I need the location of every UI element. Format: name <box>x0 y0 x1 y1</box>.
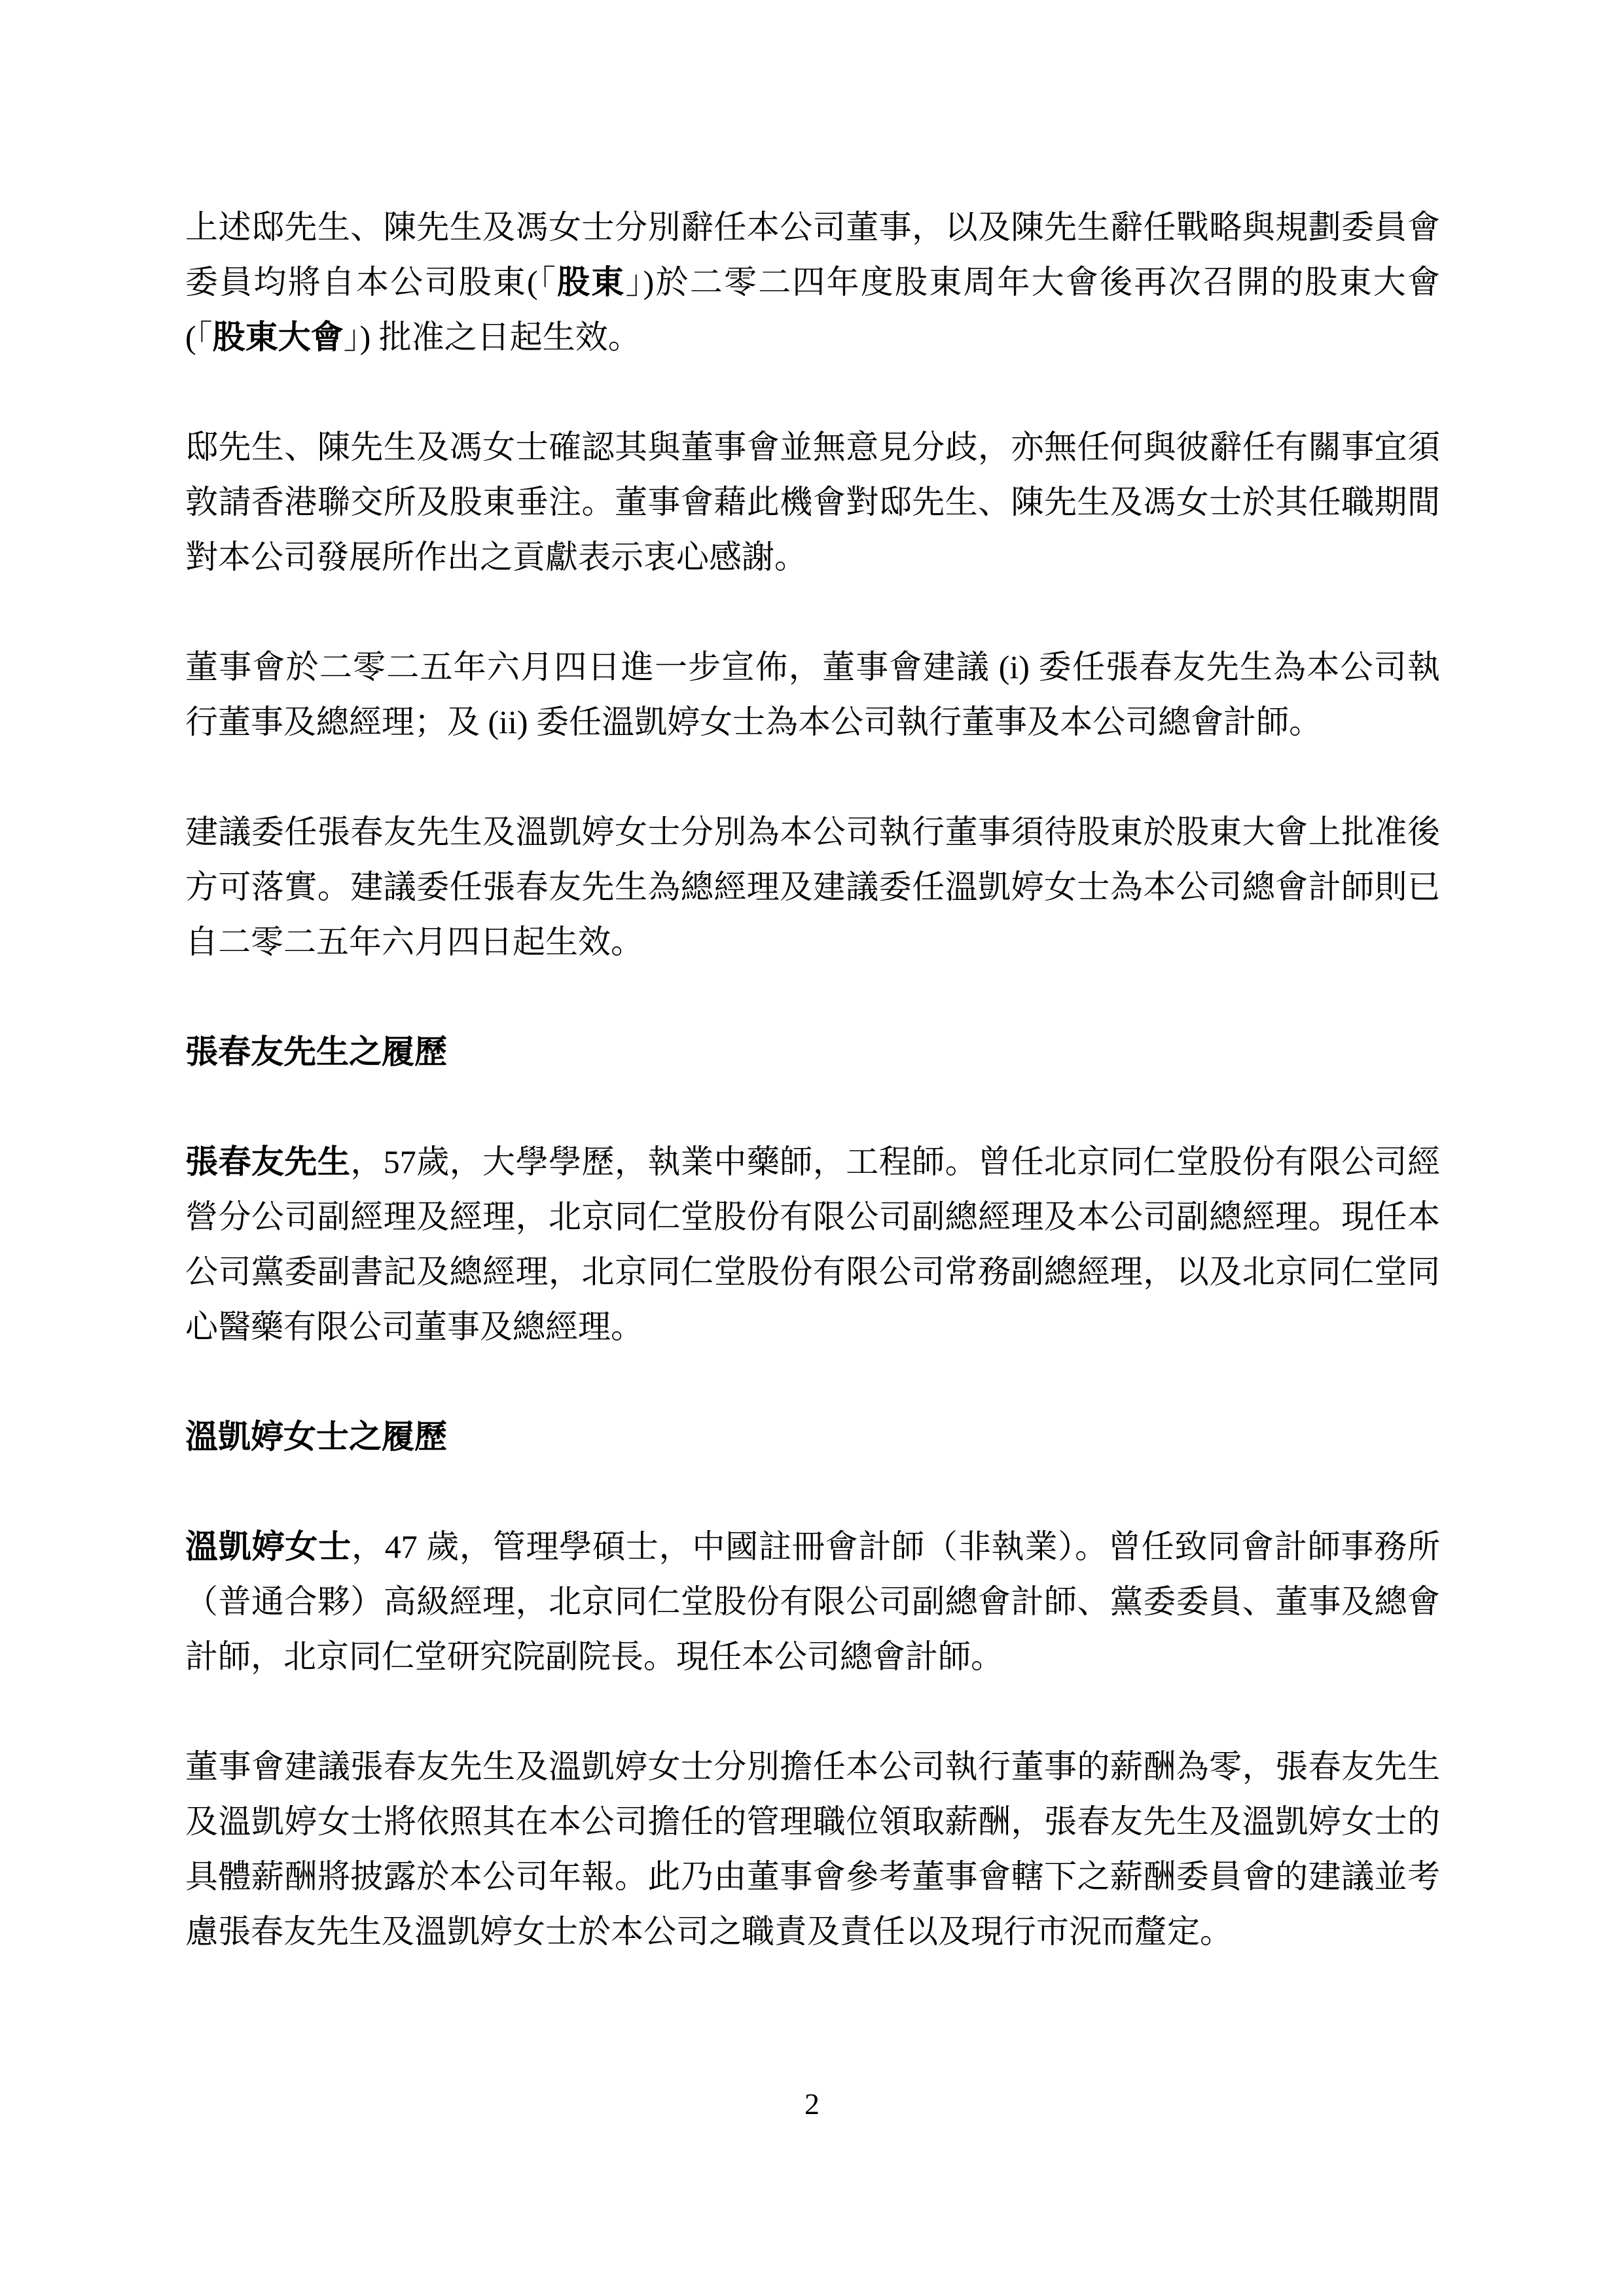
bold-text-run: 溫凱婷女士 <box>185 1528 352 1565</box>
bold-text-run: 張春友先生之履歷 <box>185 1033 447 1070</box>
text-run: 建議委任張春友先生及溫凱婷女士分別為本公司執行董事須待股東於股東大會上批准後方可… <box>185 814 1440 960</box>
document-page: 上述邸先生、陳先生及馮女士分別辭任本公司董事，以及陳先生辭任戰略與規劃委員會委員… <box>0 0 1624 2296</box>
bold-text-run: 股東 <box>557 264 625 300</box>
paragraph: 張春友先生，57歲，大學學歷，執業中藥師，工程師。曾任北京同仁堂股份有限公司經營… <box>185 1134 1440 1354</box>
paragraph: 董事會於二零二五年六月四日進一步宣佈，董事會建議 (i) 委任張春友先生為本公司… <box>185 639 1440 749</box>
bold-text-run: 溫凱婷女士之履歷 <box>185 1418 447 1455</box>
paragraph: 董事會建議張春友先生及溫凱婷女士分別擔任本公司執行董事的薪酬為零，張春友先生及溫… <box>185 1739 1440 1959</box>
text-run: 董事會建議張春友先生及溫凱婷女士分別擔任本公司執行董事的薪酬為零，張春友先生及溫… <box>185 1748 1440 1950</box>
text-run: 董事會於二零二五年六月四日進一步宣佈，董事會建議 (i) 委任張春友先生為本公司… <box>185 649 1440 740</box>
page-number: 2 <box>0 2089 1624 2119</box>
paragraph: 上述邸先生、陳先生及馮女士分別辭任本公司董事，以及陳先生辭任戰略與規劃委員會委員… <box>185 200 1440 365</box>
document-body: 上述邸先生、陳先生及馮女士分別辭任本公司董事，以及陳先生辭任戰略與規劃委員會委員… <box>185 200 1440 1959</box>
text-run: ，57歲，大學學歷，執業中藥師，工程師。曾任北京同仁堂股份有限公司經營分公司副經… <box>185 1143 1440 1345</box>
paragraph: 建議委任張春友先生及溫凱婷女士分別為本公司執行董事須待股東於股東大會上批准後方可… <box>185 804 1440 969</box>
section-heading: 溫凱婷女士之履歷 <box>185 1409 1440 1464</box>
text-run: ，47 歲，管理學碩士，中國註冊會計師（非執業）。曾任致同會計師事務所（普通合夥… <box>185 1528 1440 1675</box>
section-heading: 張春友先生之履歷 <box>185 1024 1440 1079</box>
bold-text-run: 張春友先生 <box>185 1143 350 1180</box>
paragraph: 溫凱婷女士，47 歲，管理學碩士，中國註冊會計師（非執業）。曾任致同會計師事務所… <box>185 1519 1440 1684</box>
bold-text-run: 股東大會 <box>213 319 344 355</box>
text-run: 」) 批准之日起生效。 <box>344 319 641 355</box>
paragraph: 邸先生、陳先生及馮女士確認其與董事會並無意見分歧，亦無任何與彼辭任有關事宜須敦請… <box>185 420 1440 584</box>
text-run: 邸先生、陳先生及馮女士確認其與董事會並無意見分歧，亦無任何與彼辭任有關事宜須敦請… <box>185 429 1440 575</box>
